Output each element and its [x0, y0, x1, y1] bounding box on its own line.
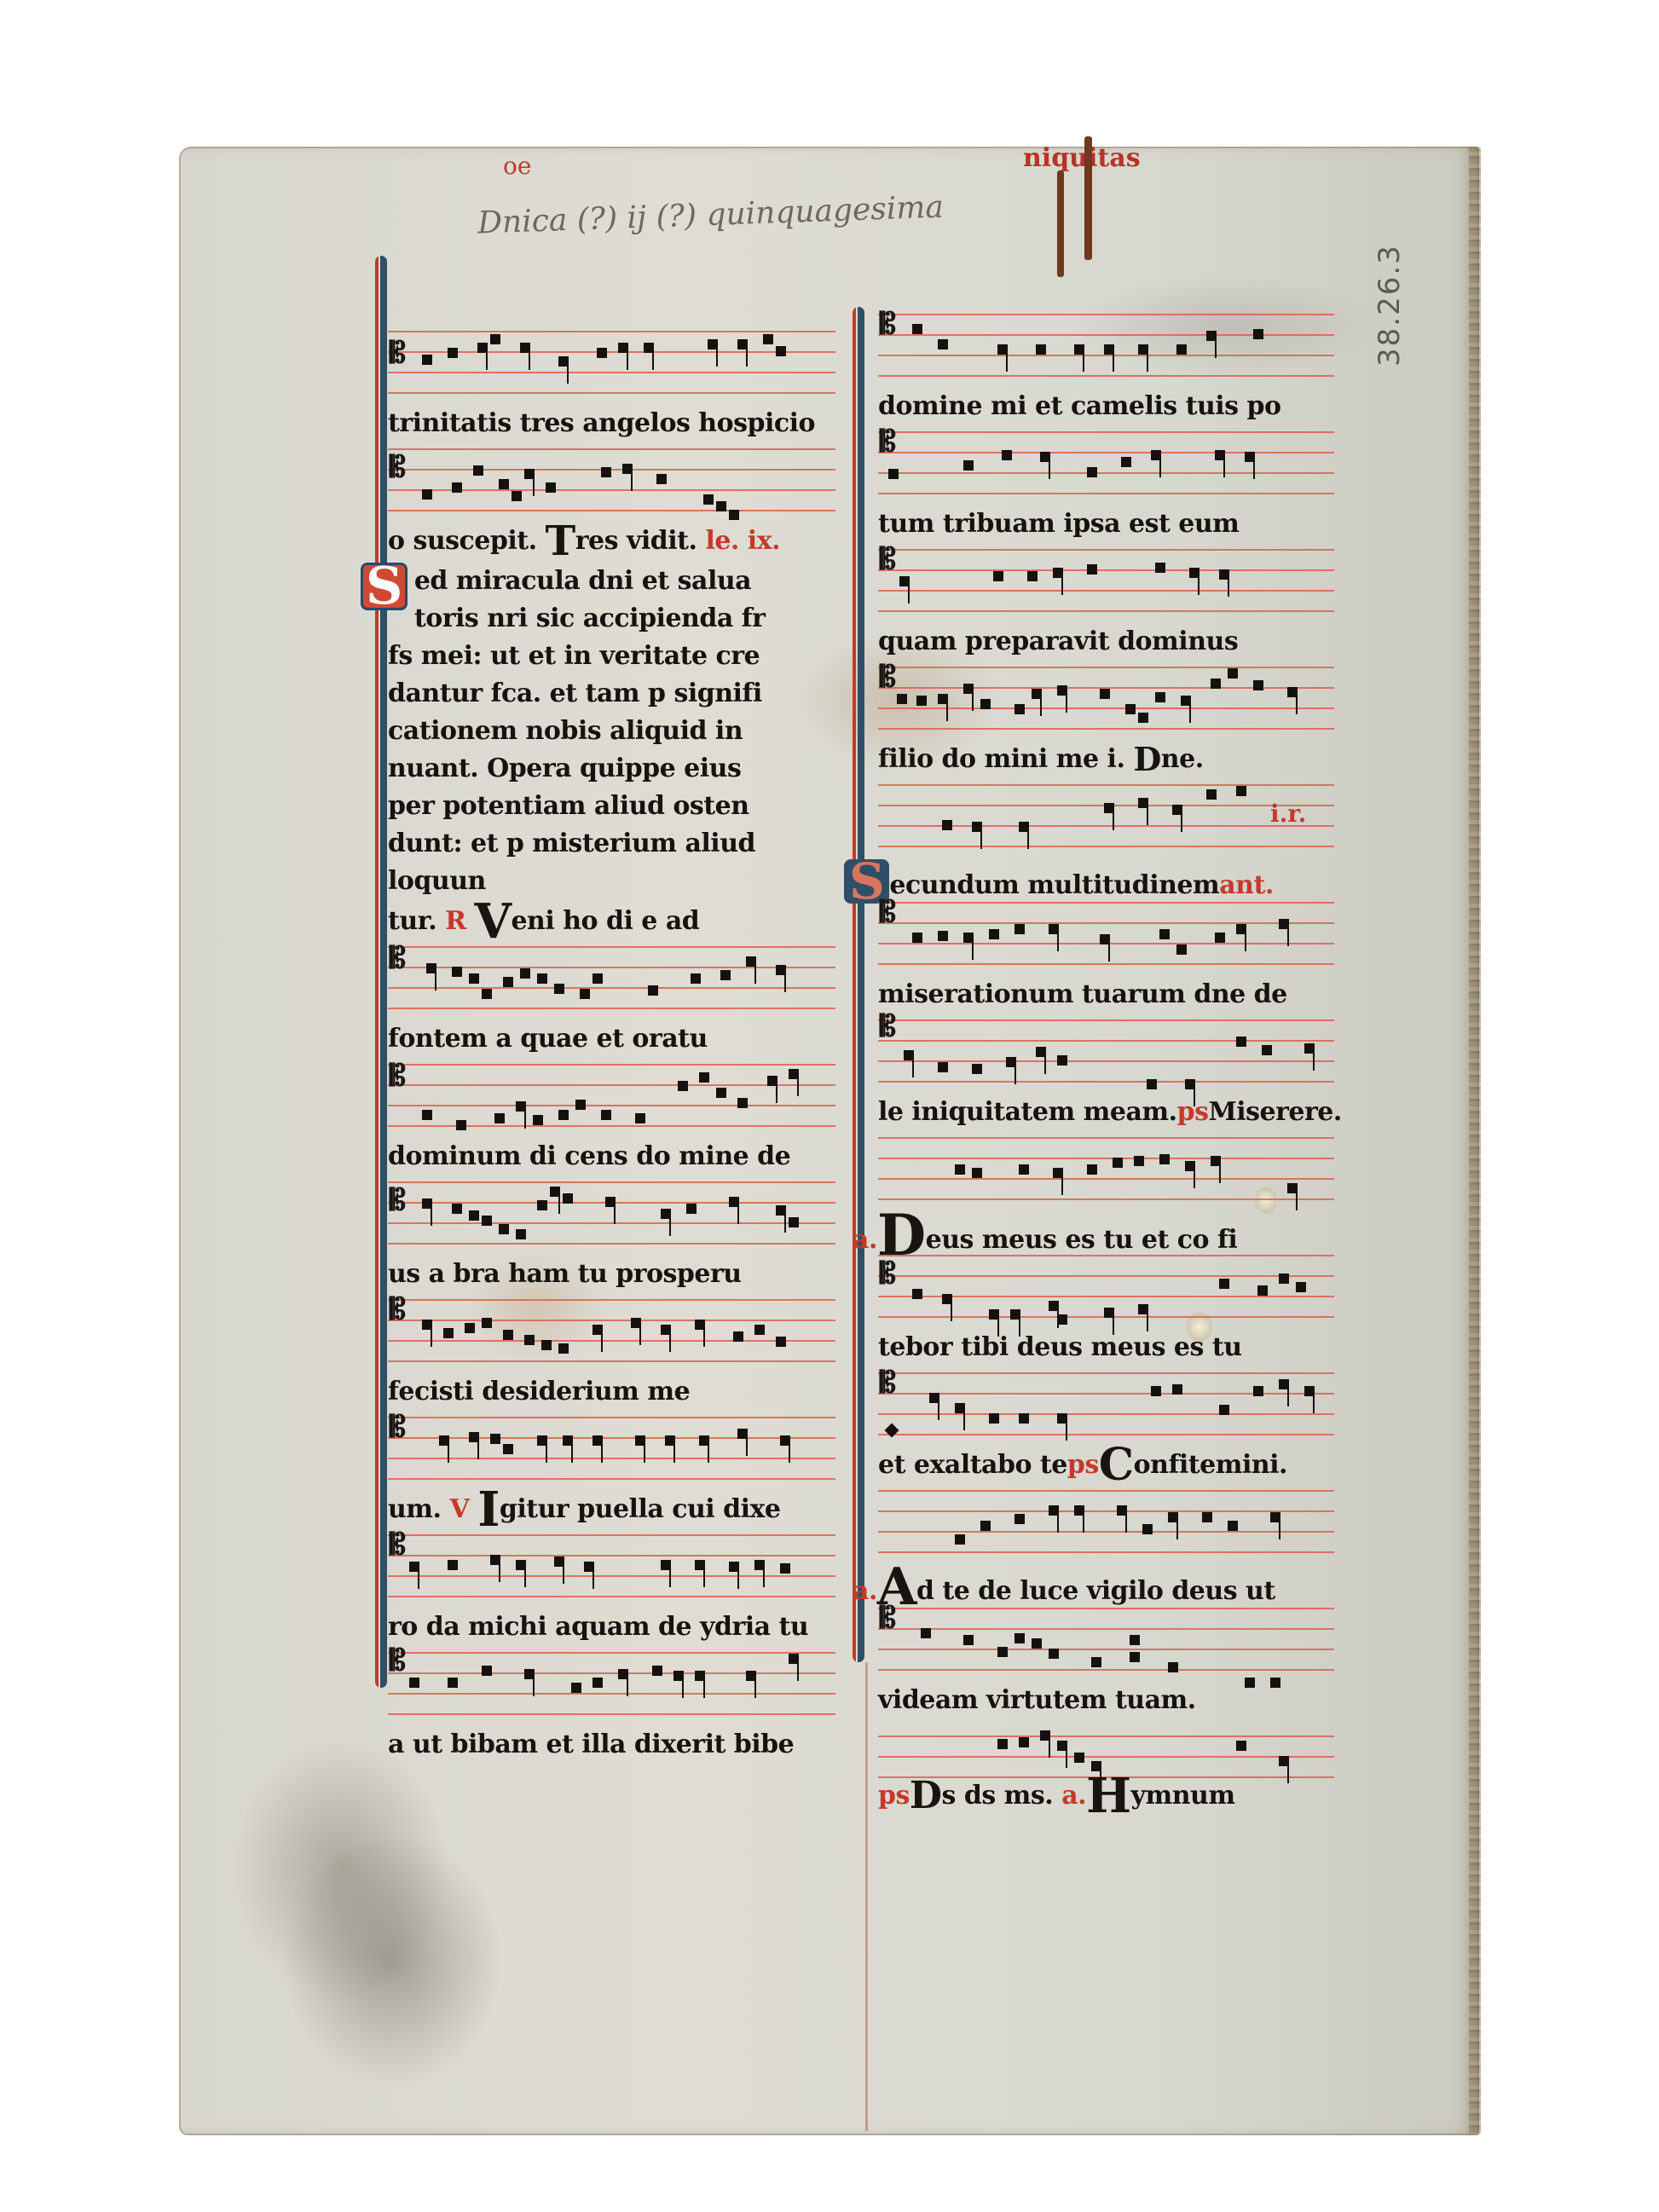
rubric-top-right: niquitas [1023, 143, 1141, 173]
lyric-line: tebor tibi deus meus es tu [878, 1330, 1334, 1366]
psalm-sign: ps [878, 1781, 910, 1811]
center-ruling-line [865, 1662, 868, 2131]
c-clef-icon: 𝄡 [880, 660, 896, 694]
music-staff [878, 1130, 1334, 1212]
psalm-sign: ps [1067, 1450, 1099, 1480]
prose-line: dantur fca. et tam p signifi [388, 675, 835, 713]
lyric-line: quam preparavit dominus [878, 624, 1334, 660]
psalm-sign: ps [1177, 1097, 1209, 1127]
lyric-line: tum tribuam ipsa est eum [878, 506, 1334, 542]
ink-descender [1084, 136, 1092, 260]
stain-bottom-left [281, 1833, 503, 2088]
lyric-line: miserationum tuarum dne de [878, 977, 1334, 1013]
c-clef-icon: 𝄡 [880, 542, 896, 576]
lyric-line: trinitatis tres angelos hospicio [388, 406, 835, 442]
c-clef-icon: 𝄡 [880, 1009, 896, 1043]
prose-line: toris nri sic accipienda fr [388, 600, 835, 638]
lyric-line: filio do mini me i. Dne. [878, 742, 1334, 777]
c-clef-icon: 𝄡 [390, 941, 406, 975]
prose-block: Sed miracula dni et salua toris nri sic … [388, 563, 835, 900]
music-staff: 𝄡 [878, 307, 1334, 389]
catalog-number: 38.26.3 [1373, 244, 1407, 367]
music-staff: 𝄡 [388, 1175, 835, 1256]
left-column: 𝄡 trinitatis tres angelos hospicio 𝄡 o s… [388, 324, 835, 1763]
illuminated-initial-s: S [361, 563, 408, 610]
rubric: i.r. [1270, 800, 1306, 828]
lyric-line: videam virtutem tuam. [878, 1683, 1334, 1718]
initial-d-inline: D [1133, 742, 1160, 777]
music-staff: 𝄡 [388, 1057, 835, 1139]
left-penwork-border [375, 256, 387, 1688]
prose-line: dunt: et p misterium aliud [388, 825, 835, 863]
initial-c: C [1099, 1447, 1134, 1483]
lyric-line: tur. R Veni ho di e ad [388, 904, 835, 939]
rubric-top-left: oe [503, 152, 531, 180]
music-staff: i.r. [878, 777, 1334, 859]
prose-line: fs mei: ut et in veritate cre [388, 638, 835, 675]
music-staff: 𝄡 [388, 1292, 835, 1374]
lyric-line: a.Ad te de luce vigilo deus ut [878, 1565, 1334, 1601]
music-staff: 𝄡 [388, 1528, 835, 1609]
center-penwork-border [853, 307, 864, 1662]
versicle-sign: V [449, 1494, 469, 1524]
c-clef-icon: 𝄡 [880, 895, 896, 929]
prose-line: loquun [388, 863, 835, 900]
music-staff: 𝄡 [878, 895, 1334, 977]
c-clef-icon: 𝄡 [390, 336, 406, 370]
lyric-line: le iniquitatem meam.psMiserere. [878, 1094, 1334, 1130]
c-clef-icon: 𝄡 [880, 307, 896, 341]
c-clef-icon: 𝄡 [390, 450, 406, 484]
c-clef-icon: 𝄡 [390, 1292, 406, 1326]
prose-line: nuant. Opera quippe eius [388, 750, 835, 788]
lyric-line: um. V Igitur puella cui dixe [388, 1492, 835, 1528]
music-staff: 𝄡 [388, 1410, 835, 1492]
lyric-line: a.Deus meus es tu et co fi [878, 1212, 1334, 1248]
initial-t: T [546, 523, 575, 559]
music-staff: 𝄡 [878, 1601, 1334, 1683]
music-staff: 𝄡 [878, 1013, 1334, 1094]
lyric-line: psDs ds ms. a.Hymnum [878, 1778, 1334, 1814]
lyric-line: dominum di cens do mine de [388, 1139, 835, 1175]
right-column: 𝄡 domine mi et camelis tuis po 𝄡 tum tri… [878, 307, 1334, 1814]
lyric-line: a ut bibam et illa dixerit bibe [388, 1727, 835, 1763]
c-clef-icon: 𝄡 [390, 1643, 406, 1678]
c-clef-icon: 𝄡 [880, 1366, 896, 1400]
c-clef-icon: 𝄡 [880, 424, 896, 459]
lyric-line: et exaltabo tepsConfitemini. [878, 1447, 1334, 1483]
music-staff: 𝄡 [878, 660, 1334, 742]
lyric-line: domine mi et camelis tuis po [878, 389, 1334, 424]
c-clef-icon: 𝄡 [880, 1256, 896, 1291]
music-staff: 𝄡 [878, 542, 1334, 624]
music-staff: 𝄡 [878, 424, 1334, 506]
prose-line: cationem nobis aliquid in [388, 713, 835, 750]
music-staff: 𝄡 [388, 324, 835, 406]
lyric-line: fontem a quae et oratu [388, 1021, 835, 1057]
rubric: le. ix. [705, 526, 780, 556]
music-staff [878, 1483, 1334, 1565]
prose-line: per potentiam aliud osten [388, 788, 835, 825]
music-staff: 𝄡 [878, 1366, 1334, 1447]
antiphon-sign: a. [853, 1225, 877, 1255]
music-staff: 𝄡 [388, 939, 835, 1021]
initial-d: D [910, 1778, 942, 1814]
lyric-line: us a bra ham tu prosperu [388, 1256, 835, 1292]
torn-right-edge [1469, 147, 1481, 2135]
lyric-line: o suscepit. Tres vidit. le. ix. [388, 523, 835, 559]
lyric-line: Secundum multitudinemant. [878, 859, 1334, 895]
c-clef-icon: 𝄡 [390, 1410, 406, 1444]
c-clef-icon: 𝄡 [390, 1183, 406, 1217]
lyric-line: ro da michi aquam de ydria tu [388, 1609, 835, 1645]
c-clef-icon: 𝄡 [390, 1528, 406, 1562]
antiphon-sign: a. [1061, 1781, 1086, 1811]
c-clef-icon: 𝄡 [390, 1059, 406, 1093]
response-sign: R [445, 906, 465, 936]
music-staff: 𝄡 [878, 1248, 1334, 1330]
c-clef-icon: 𝄡 [880, 1601, 896, 1635]
prose-line: Sed miracula dni et salua [388, 563, 835, 600]
music-staff: 𝄡 [388, 442, 835, 523]
initial-h: H [1086, 1778, 1130, 1814]
initial-v: V [475, 904, 512, 939]
music-staff: 𝄡 [388, 1645, 835, 1727]
initial-i: I [477, 1492, 500, 1528]
lyric-line: fecisti desiderium me [388, 1374, 835, 1410]
antiphon-sign: a. [853, 1576, 877, 1606]
ink-descender [1057, 170, 1064, 277]
